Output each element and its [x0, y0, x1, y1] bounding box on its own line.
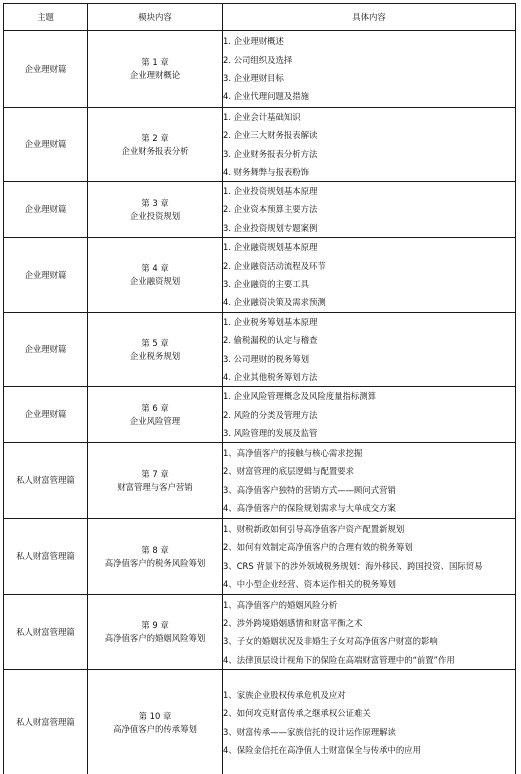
details-cell: 1、高净值客户的接触与核心需求挖掘2、财富管理的底层逻辑与配置要求3、高净值客户… — [223, 443, 516, 519]
table-row: 私人财富管理篇第 7 章财富管理与客户营销1、高净值客户的接触与核心需求挖掘2、… — [4, 443, 516, 519]
table-row: 私人财富管理篇第 8 章高净值客户的税务风险筹划1、财税新政如何引导高净值客户资… — [4, 519, 516, 595]
theme-label: 企业理财篇 — [25, 270, 67, 280]
module-label: 高净值客户的传承筹划 — [113, 724, 197, 734]
chapter-label: 第 5 章 — [141, 338, 168, 348]
details-cell: 1、家族企业股权传承危机及应对2、如何攻克财富传承之继承权公证难关3、财富传承—… — [223, 670, 516, 774]
theme-label: 私人财富管理篇 — [16, 475, 75, 485]
details-cell: 1、高净值客户的婚姻风险分析2、涉外跨境婚姻感情和财富平衡之术3、子女的婚姻状况… — [223, 595, 516, 670]
content-item: 4、保险金信托在高净值人士财富保全与传承中的应用 — [223, 741, 515, 759]
content-item: 3. 公司理财的税务筹划 — [223, 350, 515, 368]
content-item: 3. 风险管理的发展及监管 — [223, 424, 515, 442]
theme-label: 企业理财篇 — [25, 139, 67, 149]
module-cell: 第 10 章高净值客户的传承筹划 — [88, 670, 223, 774]
theme-label: 企业理财篇 — [25, 204, 67, 214]
theme-cell: 企业理财篇 — [4, 31, 88, 108]
theme-cell: 企业理财篇 — [4, 387, 88, 443]
details-cell: 1. 企业投资规划基本原理2. 企业资本预算主要方法3. 企业投资规划专题案例 — [223, 182, 516, 238]
chapter-label: 第 10 章 — [139, 711, 172, 721]
content-item: 2、财富管理的底层逻辑与配置要求 — [223, 462, 515, 480]
content-item: 1. 企业融资规划基本原理 — [223, 238, 515, 256]
table-row: 私人财富管理篇第 9 章高净值客户的婚姻风险筹划1、高净值客户的婚姻风险分析2、… — [4, 595, 516, 670]
chapter-label: 第 2 章 — [141, 133, 168, 143]
chapter-label: 第 9 章 — [141, 620, 168, 630]
content-item: 4. 企业融资决策及需求预测 — [223, 293, 515, 311]
chapter-label: 第 3 章 — [141, 198, 168, 208]
content-item: 1、家族企业股权传承危机及应对 — [223, 686, 515, 704]
content-item: 3. 企业投资规划专题案例 — [223, 219, 515, 237]
content-item: 2. 企业融资活动流程及环节 — [223, 257, 515, 275]
content-item: 4、法律顶层设计视角下的保险在高端财富管理中的“前置”作用 — [223, 651, 515, 669]
details-cell: 1、财税新政如何引导高净值客户资产配置新规划2、如何有效制定高净值客户的合理有效… — [223, 519, 516, 595]
theme-cell: 私人财富管理篇 — [4, 595, 88, 670]
module-cell: 第 2 章企业财务报表分析 — [88, 108, 223, 182]
content-item: 3. 企业理财目标 — [223, 69, 515, 87]
content-item: 1. 企业会计基础知识 — [223, 108, 515, 126]
header-theme: 主题 — [4, 4, 88, 31]
table-row: 企业理财篇第 1 章企业理财概论1. 企业理财概述2. 公司组织及选择3. 企业… — [4, 31, 516, 108]
module-cell: 第 3 章企业投资规划 — [88, 182, 223, 238]
module-cell: 第 9 章高净值客户的婚姻风险筹划 — [88, 595, 223, 670]
theme-cell: 私人财富管理篇 — [4, 443, 88, 519]
details-cell: 1. 企业理财概述2. 公司组织及选择3. 企业理财目标4. 企业代理问题及措施 — [223, 31, 516, 108]
module-label: 高净值客户的税务风险筹划 — [105, 558, 206, 568]
table-row: 企业理财篇第 5 章企业税务规划1. 企业税务筹划基本原理2. 偷税漏税的认定与… — [4, 313, 516, 387]
content-item: 2. 风险的分类及管理方法 — [223, 406, 515, 424]
theme-cell: 企业理财篇 — [4, 108, 88, 182]
content-item: 2. 企业三大财务报表解读 — [223, 126, 515, 144]
content-item: 3、高净值客户独特的营销方式——顾问式营销 — [223, 481, 515, 499]
module-label: 企业税务规划 — [130, 351, 180, 361]
theme-label: 企业理财篇 — [25, 64, 67, 74]
chapter-label: 第 1 章 — [141, 57, 168, 67]
chapter-label: 第 8 章 — [141, 545, 168, 555]
theme-cell: 私人财富管理篇 — [4, 519, 88, 595]
table-row: 私人财富管理篇第 10 章高净值客户的传承筹划1、家族企业股权传承危机及应对2、… — [4, 670, 516, 774]
module-label: 企业财务报表分析 — [122, 146, 189, 156]
theme-label: 企业理财篇 — [25, 409, 67, 419]
content-item: 3、子女的婚姻状况及非婚生子女对高净值客户财富的影响 — [223, 632, 515, 650]
details-cell: 1. 企业会计基础知识2. 企业三大财务报表解读3. 企业财务报表分析方法4. … — [223, 108, 516, 182]
content-item: 1、高净值客户的接触与核心需求挖掘 — [223, 444, 515, 462]
header-row: 主题 模块内容 具体内容 — [4, 4, 516, 31]
theme-cell: 企业理财篇 — [4, 238, 88, 313]
content-item: 2、如何攻克财富传承之继承权公证难关 — [223, 704, 515, 722]
table-row: 企业理财篇第 3 章企业投资规划1. 企业投资规划基本原理2. 企业资本预算主要… — [4, 182, 516, 238]
chapter-label: 第 6 章 — [141, 403, 168, 413]
content-item: 2、涉外跨境婚姻感情和财富平衡之术 — [223, 614, 515, 632]
module-cell: 第 4 章企业融资规划 — [88, 238, 223, 313]
chapter-label: 第 7 章 — [141, 469, 168, 479]
theme-cell: 私人财富管理篇 — [4, 670, 88, 774]
theme-label: 私人财富管理篇 — [16, 551, 75, 561]
theme-label: 企业理财篇 — [25, 344, 67, 354]
content-item: 1. 企业投资规划基本原理 — [223, 182, 515, 200]
content-item: 3. 企业财务报表分析方法 — [223, 145, 515, 163]
table-row: 企业理财篇第 6 章企业风险管理1. 企业风险管理概念及风险度量指标测算2. 风… — [4, 387, 516, 443]
content-item: 1. 企业理财概述 — [223, 32, 515, 50]
details-cell: 1. 企业融资规划基本原理2. 企业融资活动流程及环节3. 企业融资的主要工具4… — [223, 238, 516, 313]
content-item: 4. 财务舞弊与报表粉饰 — [223, 163, 515, 181]
theme-label: 私人财富管理篇 — [16, 717, 75, 727]
content-item: 1. 企业风险管理概念及风险度量指标测算 — [223, 387, 515, 405]
content-item: 4. 企业其他税务筹划方法 — [223, 368, 515, 386]
table-body: 企业理财篇第 1 章企业理财概论1. 企业理财概述2. 公司组织及选择3. 企业… — [4, 31, 516, 774]
module-label: 企业风险管理 — [130, 416, 180, 426]
content-item: 2、如何有效制定高净值客户的合理有效的税务筹划 — [223, 538, 515, 556]
details-cell: 1. 企业风险管理概念及风险度量指标测算2. 风险的分类及管理方法3. 风险管理… — [223, 387, 516, 443]
content-item: 3、财富传承——家族信托的设计运作原理解读 — [223, 723, 515, 741]
theme-label: 私人财富管理篇 — [16, 627, 75, 637]
content-item: 4、高净值客户的保险规划需求与大单成交方案 — [223, 499, 515, 517]
table-row: 企业理财篇第 4 章企业融资规划1. 企业融资规划基本原理2. 企业融资活动流程… — [4, 238, 516, 313]
content-item: 2. 企业资本预算主要方法 — [223, 200, 515, 218]
module-cell: 第 5 章企业税务规划 — [88, 313, 223, 387]
module-label: 企业理财概论 — [130, 70, 180, 80]
content-item: 3、CRS 背景下的涉外领域税务规划：海外移民、跨国投资、国际贸易 — [223, 557, 515, 575]
content-item: 2. 偷税漏税的认定与稽查 — [223, 331, 515, 349]
content-item: 1、高净值客户的婚姻风险分析 — [223, 596, 515, 614]
content-item: 4. 企业代理问题及措施 — [223, 87, 515, 105]
course-outline-table: 主题 模块内容 具体内容 企业理财篇第 1 章企业理财概论1. 企业理财概述2.… — [3, 3, 516, 774]
module-label: 高净值客户的婚姻风险筹划 — [105, 633, 206, 643]
content-item: 4、中小型企业经营、资本运作相关的税务筹划 — [223, 575, 515, 593]
table-row: 企业理财篇第 2 章企业财务报表分析1. 企业会计基础知识2. 企业三大财务报表… — [4, 108, 516, 182]
chapter-label: 第 4 章 — [141, 263, 168, 273]
module-cell: 第 1 章企业理财概论 — [88, 31, 223, 108]
module-label: 财富管理与客户营销 — [117, 482, 192, 492]
module-label: 企业融资规划 — [130, 276, 180, 286]
theme-cell: 企业理财篇 — [4, 313, 88, 387]
content-item: 2. 公司组织及选择 — [223, 51, 515, 69]
module-label: 企业投资规划 — [130, 211, 180, 221]
header-module: 模块内容 — [88, 4, 223, 31]
content-item: 1、财税新政如何引导高净值客户资产配置新规划 — [223, 520, 515, 538]
module-cell: 第 6 章企业风险管理 — [88, 387, 223, 443]
content-item: 3. 企业融资的主要工具 — [223, 275, 515, 293]
content-item: 1. 企业税务筹划基本原理 — [223, 313, 515, 331]
module-cell: 第 7 章财富管理与客户营销 — [88, 443, 223, 519]
theme-cell: 企业理财篇 — [4, 182, 88, 238]
details-cell: 1. 企业税务筹划基本原理2. 偷税漏税的认定与稽查3. 公司理财的税务筹划4.… — [223, 313, 516, 387]
module-cell: 第 8 章高净值客户的税务风险筹划 — [88, 519, 223, 595]
header-details: 具体内容 — [223, 4, 516, 31]
